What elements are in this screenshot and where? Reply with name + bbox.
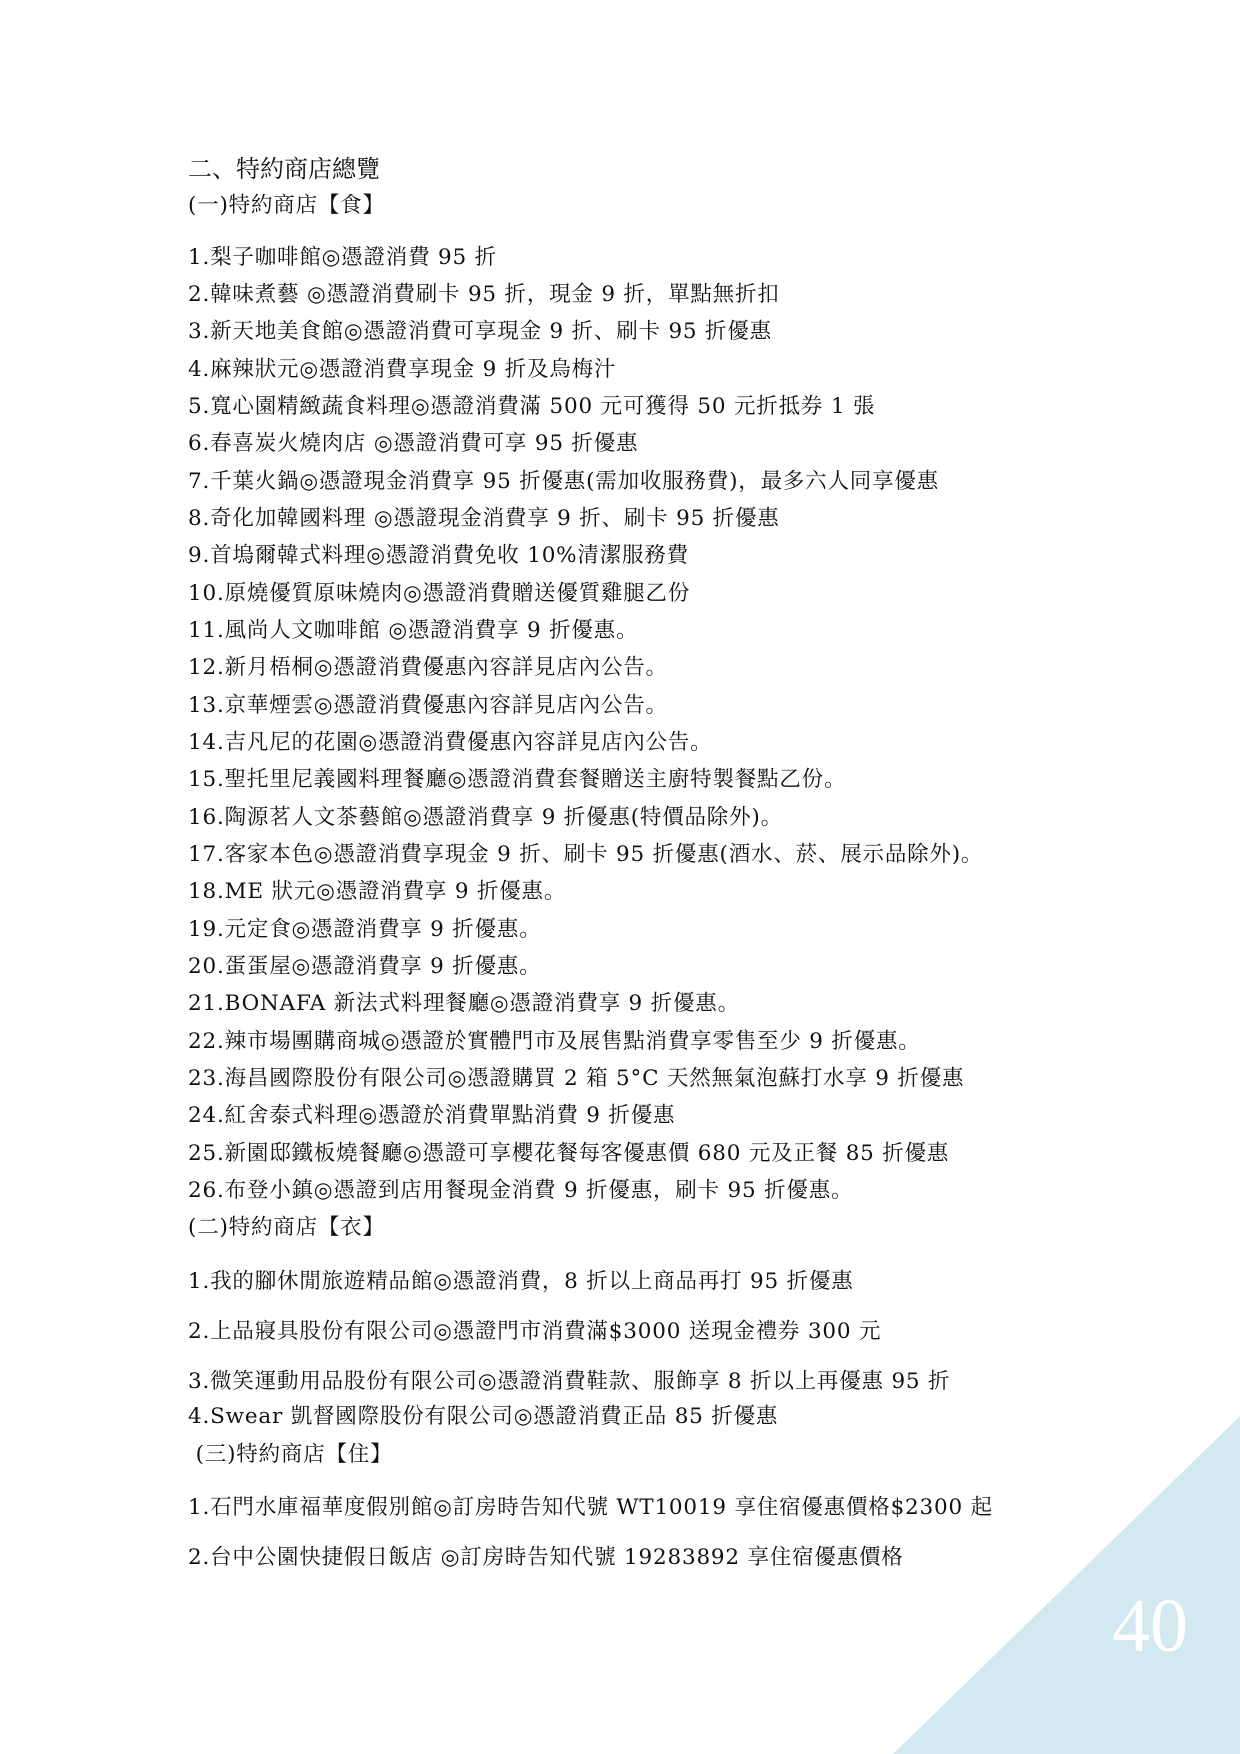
- list-item: 4.麻辣狀元◎憑證消費享現金 9 折及烏梅汁: [188, 359, 616, 381]
- list-item: 5.寬心園精緻蔬食料理◎憑證消費滿 500 元可獲得 50 元折抵券 1 張: [188, 396, 875, 418]
- list-item: 8.奇化加韓國料理 ◎憑證現金消費享 9 折、刷卡 95 折優惠: [188, 508, 780, 530]
- list-item: 15.聖托里尼義國料理餐廳◎憑證消費套餐贈送主廚特製餐點乙份。: [188, 769, 846, 791]
- section-heading-clothing: (二)特約商店【衣】: [188, 1217, 385, 1239]
- section-heading-housing: (三)特約商店【住】: [188, 1444, 392, 1466]
- section-heading-food: (一)特約商店【食】: [188, 195, 385, 217]
- list-item: 3.新天地美食館◎憑證消費可享現金 9 折、刷卡 95 折優惠: [188, 321, 772, 343]
- list-item: 11.風尚人文咖啡館 ◎憑證消費享 9 折優惠。: [188, 620, 638, 642]
- list-item: 19.元定食◎憑證消費享 9 折優惠。: [188, 919, 542, 941]
- list-item: 14.吉凡尼的花園◎憑證消費優惠內容詳見店內公告。: [188, 732, 712, 754]
- list-item: 9.首塢爾韓式料理◎憑證消費免收 10%清潔服務費: [188, 545, 689, 567]
- list-item: 18.ME 狀元◎憑證消費享 9 折優惠。: [188, 881, 566, 903]
- page-title: 二、特約商店總覽: [188, 157, 380, 181]
- list-item: 4.Swear 凱督國際股份有限公司◎憑證消費正品 85 折優惠: [188, 1406, 778, 1428]
- list-item: 26.布登小鎮◎憑證到店用餐現金消費 9 折優惠，刷卡 95 折優惠。: [188, 1180, 853, 1202]
- corner-triangle-decoration: [0, 0, 1240, 1754]
- list-item: 6.春喜炭火燒肉店 ◎憑證消費可享 95 折優惠: [188, 433, 638, 455]
- list-item: 23.海昌國際股份有限公司◎憑證購買 2 箱 5°C 天然無氣泡蘇打水享 9 折…: [188, 1068, 964, 1090]
- list-item: 1.石門水庫福華度假別館◎訂房時告知代號 WT10019 享住宿優惠價格$230…: [188, 1497, 993, 1519]
- list-item: 12.新月梧桐◎憑證消費優惠內容詳見店內公告。: [188, 657, 668, 679]
- list-item: 22.辣市場團購商城◎憑證於實體門市及展售點消費享零售至少 9 折優惠。: [188, 1031, 921, 1053]
- list-item: 2.上品寢具股份有限公司◎憑證門市消費滿$3000 送現金禮券 300 元: [188, 1321, 881, 1343]
- list-item: 17.客家本色◎憑證消費享現金 9 折、刷卡 95 折優惠(酒水、菸、展示品除外…: [188, 844, 983, 866]
- list-item: 16.陶源茗人文茶藝館◎憑證消費享 9 折優惠(特價品除外)。: [188, 807, 783, 829]
- list-item: 1.梨子咖啡館◎憑證消費 95 折: [188, 247, 497, 269]
- list-item: 21.BONAFA 新法式料理餐廳◎憑證消費享 9 折優惠。: [188, 993, 740, 1015]
- list-item: 10.原燒優質原味燒肉◎憑證消費贈送優質雞腿乙份: [188, 583, 690, 605]
- list-item: 1.我的腳休閒旅遊精品館◎憑證消費，8 折以上商品再打 95 折優惠: [188, 1271, 854, 1293]
- list-item: 3.微笑運動用品股份有限公司◎憑證消費鞋款、服飾享 8 折以上再優惠 95 折: [188, 1371, 950, 1393]
- list-item: 2.台中公園快捷假日飯店 ◎訂房時告知代號 19283892 享住宿優惠價格: [188, 1547, 904, 1569]
- list-item: 24.紅舍泰式料理◎憑證於消費單點消費 9 折優惠: [188, 1105, 675, 1127]
- page-number: 40: [1095, 1588, 1205, 1664]
- list-item: 20.蛋蛋屋◎憑證消費享 9 折優惠。: [188, 956, 542, 978]
- list-item: 7.千葉火鍋◎憑證現金消費享 95 折優惠(需加收服務費)，最多六人同享優惠: [188, 471, 939, 493]
- list-item: 13.京華煙雲◎憑證消費優惠內容詳見店內公告。: [188, 695, 668, 717]
- list-item: 2.韓味煮藝 ◎憑證消費刷卡 95 折，現金 9 折，單點無折扣: [188, 284, 780, 306]
- list-item: 25.新園邸鐵板燒餐廳◎憑證可享櫻花餐每客優惠價 680 元及正餐 85 折優惠: [188, 1143, 949, 1165]
